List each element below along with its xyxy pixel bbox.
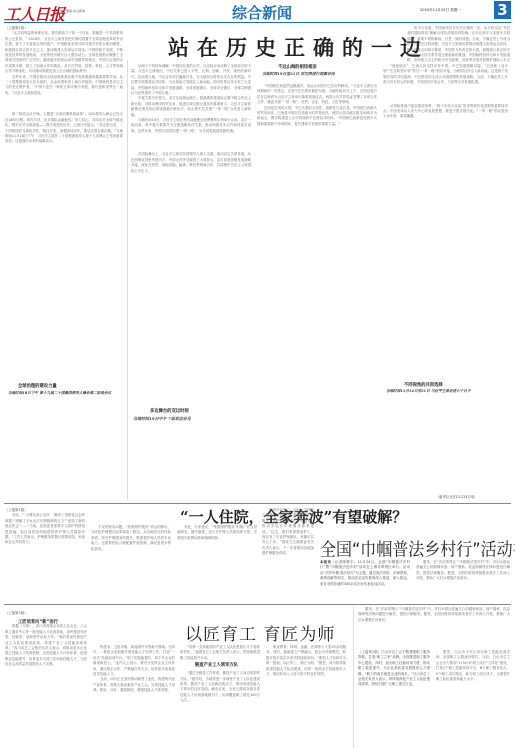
story4-column-2: 物技术、卫星导航、新能源汽车等新兴领域。在四川，一批批企业积极开展技能人才培养工…	[93, 645, 175, 748]
story1-dateline-1: 当地时间18日下午 第十九届二十国集团领导人峰会第二阶段会议	[8, 391, 126, 396]
section-title: 综合新闻	[232, 2, 292, 23]
story3-column-1: 本报讯（记者陈俊宇）11月24日，全国“巾帼普法乡村行”暨“巾帼普法进乡村”活动…	[320, 560, 410, 601]
article-paragraph: 巴西是拉美的大国，中巴关系的全局性、战略性日益凸显。中国是巴西最大的贸易伙伴，巴…	[257, 106, 377, 128]
story2-column-4: 患者可以放心，同时，支持符合条件的社会办医疗机构参与护理服务，提供更加优质的护理…	[262, 508, 314, 601]
column-divider	[127, 60, 128, 500]
article-paragraph: 当前，四川正在加快推动新型工业化，构建现代化产业体系，需要大批高素质产业工人。完…	[93, 677, 175, 693]
section-divider	[4, 503, 511, 504]
article-paragraph: 从两个不同视角理解，中国同拉美的合作，以实际行动诠释了全球南方的力量。习近平主席…	[131, 64, 251, 96]
story1-column-3: “中国和巴西虽然远隔重洋，但远山未阻中巴友好的脚步。”习近平主席在访问期间的一句…	[257, 64, 377, 500]
story4-column-1: （上接第1版） 根据《方案》，四川省将重点培育工业企业、工会职工服务中心等一批技…	[5, 611, 87, 748]
page-number-badge: 3	[494, 1, 511, 19]
column-divider	[353, 607, 354, 748]
article-paragraph: 据悉，白山市今年已举办职工技能竞赛多场，参赛职工人数逐年增长。当前，白山市总工会…	[436, 650, 510, 682]
story1-dateline-4: 当地时间11月14日至21日 习近平主席走进七个日子	[386, 389, 506, 394]
story1-subhead-1: 全球治理的建设力量	[18, 383, 57, 389]
story4-subhead-left: 工匠培育向“新”而行	[18, 619, 58, 625]
article-paragraph: 服务，在“法治奉贤区”“巾帼普法进乡村”中，对妇女群众普遍关心的婚姻家庭、财产继…	[416, 560, 510, 582]
masthead: 工人日报 要闻·综合新闻 综合新闻 2024年11月25日 星期一 3	[0, 0, 515, 24]
story4-column-top-right: 服务，在“法治奉贤区”“巾帼普法进乡村”中，对妇女群众普遍关心的婚姻家庭、财产继…	[358, 607, 510, 647]
article-paragraph: （上接第1版）白山市总工会不断建强职工服务阵地，打造“职工之家”品牌，全面推进职…	[358, 650, 430, 688]
story4-column-5: （上接第1版）白山市总工会不断建强职工服务阵地，打造“职工之家”品牌，全面推进职…	[358, 650, 430, 748]
story3-headline: 全国“巾帼普法乡村行”活动在沪举行	[320, 536, 515, 561]
story4-column-4: 职业教育、科研、金融、法律等十大类20余项服务。同时，探索建立产教融合、校企合作…	[266, 645, 346, 748]
story1-column-1: （上接第1版） “从共同利益的角度出发，我们都致力于同一个目标，那就是一个共同繁…	[5, 26, 123, 500]
story1-headline: 站在历史正确的一边	[168, 32, 429, 62]
story2-column-3: 对此，专家建议，“免陪照护服务”的推广应当因地制宜、循序渐进，加大对护理人员的培…	[177, 525, 257, 601]
story1-subhead-3: 不远山海的相知相亲	[278, 64, 317, 70]
story1-dateline-2: 当地时间19日中午 7场双边会见	[133, 416, 191, 422]
article-paragraph: 物技术、卫星导航、新能源汽车等新兴领域。在四川，一批批企业积极开展技能人才培养工…	[93, 645, 175, 677]
story1-column-5-top: 和平与发展，中国始终站在历史正确的一边。从分析以及“对巴美的国际格局”理解全球经…	[407, 26, 510, 62]
article-paragraph: “中国和巴西虽然远隔重洋，但远山未阻中巴友好的脚步。”习近平主席在访问期间的一句…	[257, 84, 377, 106]
article-paragraph: “通过全链条工作体系，锻造产业工人身边的领军方队。”据介绍，各地将进一步深化产业…	[180, 671, 260, 703]
article-paragraph: 对此，广大网友表示支持：“解决了老龄化社会的难题”“缓解了子女无法长期照顾的压力…	[5, 513, 85, 545]
story2-column-2: 不足的现实问题。“免陪照护服务”项目的推出，为医院护理模式改革探索了路径。从各地…	[91, 525, 171, 601]
story4-headline: 以匠育工 育匠为师	[185, 620, 335, 645]
byline: 本报讯	[320, 560, 331, 564]
article-paragraph: “从共同利益的角度出发，我们都致力于同一个目标，那就是一个共同繁荣的公正世界。”…	[5, 31, 123, 74]
story1-column-2: 从两个不同视角理解，中国同拉美的合作，以实际行动诠释了全球南方的力量。习近平主席…	[131, 64, 251, 500]
publication-date: 2024年11月25日 星期一	[420, 8, 461, 13]
article-paragraph: “他是朋友”，巴西人民这样评价中国。中巴发展战略对接，“巴西新工业计划”“生态转…	[383, 64, 508, 86]
article-paragraph: 服务，在“法治奉贤区”“巾帼普法进乡村”中，对妇女群众普遍关心的婚姻家庭、财产继…	[358, 607, 510, 623]
article-paragraph: 当地时间14日，习近平主席在利马同秘鲁总统博鲁阿尔特举行会谈。双方一致同意，将中…	[131, 118, 251, 134]
section-divider	[4, 604, 511, 605]
masthead-divider	[4, 22, 511, 23]
story1-subhead-2: 多边舞台的双边时刻	[150, 408, 189, 414]
article-paragraph: 和平与发展，中国始终站在历史正确的一边。从分析以及“对巴美的国际格局”理解全球经…	[407, 26, 510, 62]
story3-column-2: 服务，在“法治奉贤区”“巾帼普法进乡村”中，对妇女群众普遍关心的婚姻家庭、财产继…	[416, 560, 510, 601]
story4-subhead-right: 锻造产业工人领军方队	[195, 662, 238, 668]
article-paragraph: 不足的现实问题。“免陪照护服务”项目的推出，为医院护理模式改革探索了路径。从各地…	[91, 525, 171, 552]
story1-subhead-4: 不同视角的共同选择	[404, 382, 443, 388]
article-paragraph: 第二阶段会议开始，主题是“全球治理机构改革”。G20领导人峰会已经走过16年历程…	[5, 112, 123, 144]
article-paragraph: 从风险挑战中更加看清形势，“四十年前大变局”是世界现代化进程的重要转折点。中国坚…	[383, 104, 508, 120]
article-paragraph: 患者可以放心，同时，支持符合条件的社会办医疗机构参与护理服务，提供更加优质的护理…	[262, 508, 314, 557]
article-paragraph: 职业教育、科研、金融、法律等十大类20余项服务。同时，探索建立产教融合、校企合作…	[266, 645, 346, 677]
article-paragraph: 这些年来，中国在推动全球治理体系改革中发挥着越来越重要的作用。从二十国集团到亚太…	[5, 75, 123, 97]
news-agency-credit: （新华社北京11月24日电）	[436, 494, 477, 499]
story1-column-4: “他是朋友”，巴西人民这样评价中国。中巴发展战略对接，“巴西新工业计划”“生态转…	[383, 64, 508, 500]
story1-dateline-3: 当地时间19日至21日 对巴西进行国事访问	[262, 71, 377, 77]
article-paragraph: 中秘关系历史悠久，双方友谊源远流长。钱凯港的建成标志着中秘合作迈上新台阶，对推动…	[131, 96, 251, 118]
story2-column-1: （上接第1版） 对此，广大网友表示支持：“解决了老龄化社会的难题”“缓解了子女无…	[5, 508, 85, 601]
article-paragraph: 在国际舞台上，习近平主席同各国领导人深入交流，推动双边关系发展。从巴西利亚到里约…	[131, 152, 251, 174]
story4-column-6: 据悉，白山市今年已举办职工技能竞赛多场，参赛职工人数逐年增长。当前，白山市总工会…	[436, 650, 510, 748]
logo-subtitle: 要闻·综合新闻	[66, 9, 85, 13]
article-paragraph: （记者陈俊宇）11月24日，全国“巾帼普法乡村行”暨“巾帼普法进乡村”活动在上海…	[320, 560, 410, 586]
story4-column-3: “培养一支高素质的产业工人队伍是我们义不容辞的责任。”福建省总工会相关负责人表示…	[180, 645, 260, 748]
article-paragraph: 对此，专家建议，“免陪照护服务”的推广应当因地制宜、循序渐进，加大对护理人员的培…	[177, 525, 257, 541]
article-paragraph: 根据《方案》，四川省将重点培育工业企业、工会职工服务中心等一批技能人才培育基地，…	[5, 624, 87, 667]
article-paragraph: “培养一支高素质的产业工人队伍是我们义不容辞的责任。”福建省总工会相关负责人表示…	[180, 645, 260, 661]
